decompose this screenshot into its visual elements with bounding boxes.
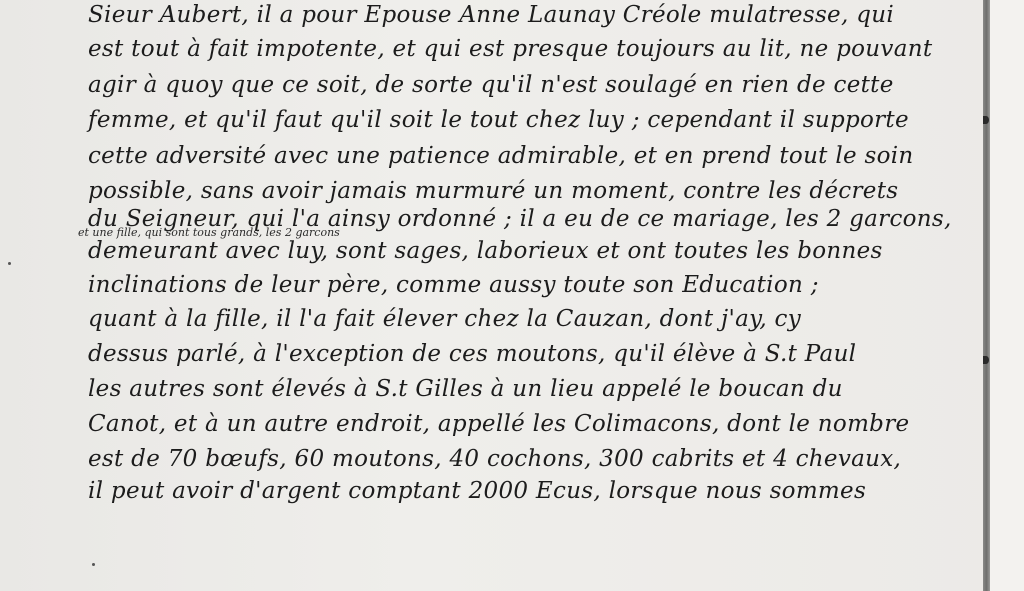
text-line-12: les autres sont élevés à S.t Gilles à un… bbox=[88, 376, 843, 402]
text-line-4: femme, et qu'il faut qu'il soit le tout … bbox=[88, 107, 909, 133]
adjacent-page-edge bbox=[990, 0, 1024, 591]
text-line-9: inclinations de leur père, comme aussy t… bbox=[88, 272, 819, 298]
manuscript-page: Sieur Aubert, il a pour Epouse Anne Laun… bbox=[0, 0, 1024, 591]
ink-speck bbox=[92, 563, 95, 566]
text-line-2: est tout à fait impotente, et qui est pr… bbox=[88, 36, 932, 62]
text-line-10: quant à la fille, il l'a fait élever che… bbox=[88, 306, 801, 332]
text-line-13: Canot, et à un autre endroit, appellé le… bbox=[88, 411, 909, 437]
binding-nick bbox=[983, 116, 989, 124]
ink-speck bbox=[8, 262, 11, 265]
page-edge-rule bbox=[983, 0, 990, 591]
text-line-6: possible, sans avoir jamais murmuré un m… bbox=[88, 178, 898, 204]
text-line-14: est de 70 bœufs, 60 moutons, 40 cochons,… bbox=[88, 446, 901, 472]
text-line-8: demeurant avec luy, sont sages, laborieu… bbox=[88, 238, 883, 264]
text-line-15: il peut avoir d'argent comptant 2000 Ecu… bbox=[88, 478, 866, 504]
text-line-3: agir à quoy que ce soit, de sorte qu'il … bbox=[88, 72, 894, 98]
text-line-5: cette adversité avec une patience admira… bbox=[88, 143, 914, 169]
text-line-1: Sieur Aubert, il a pour Epouse Anne Laun… bbox=[88, 2, 894, 28]
text-line-11: dessus parlé, à l'exception de ces mouto… bbox=[88, 341, 856, 367]
binding-nick bbox=[983, 356, 989, 364]
